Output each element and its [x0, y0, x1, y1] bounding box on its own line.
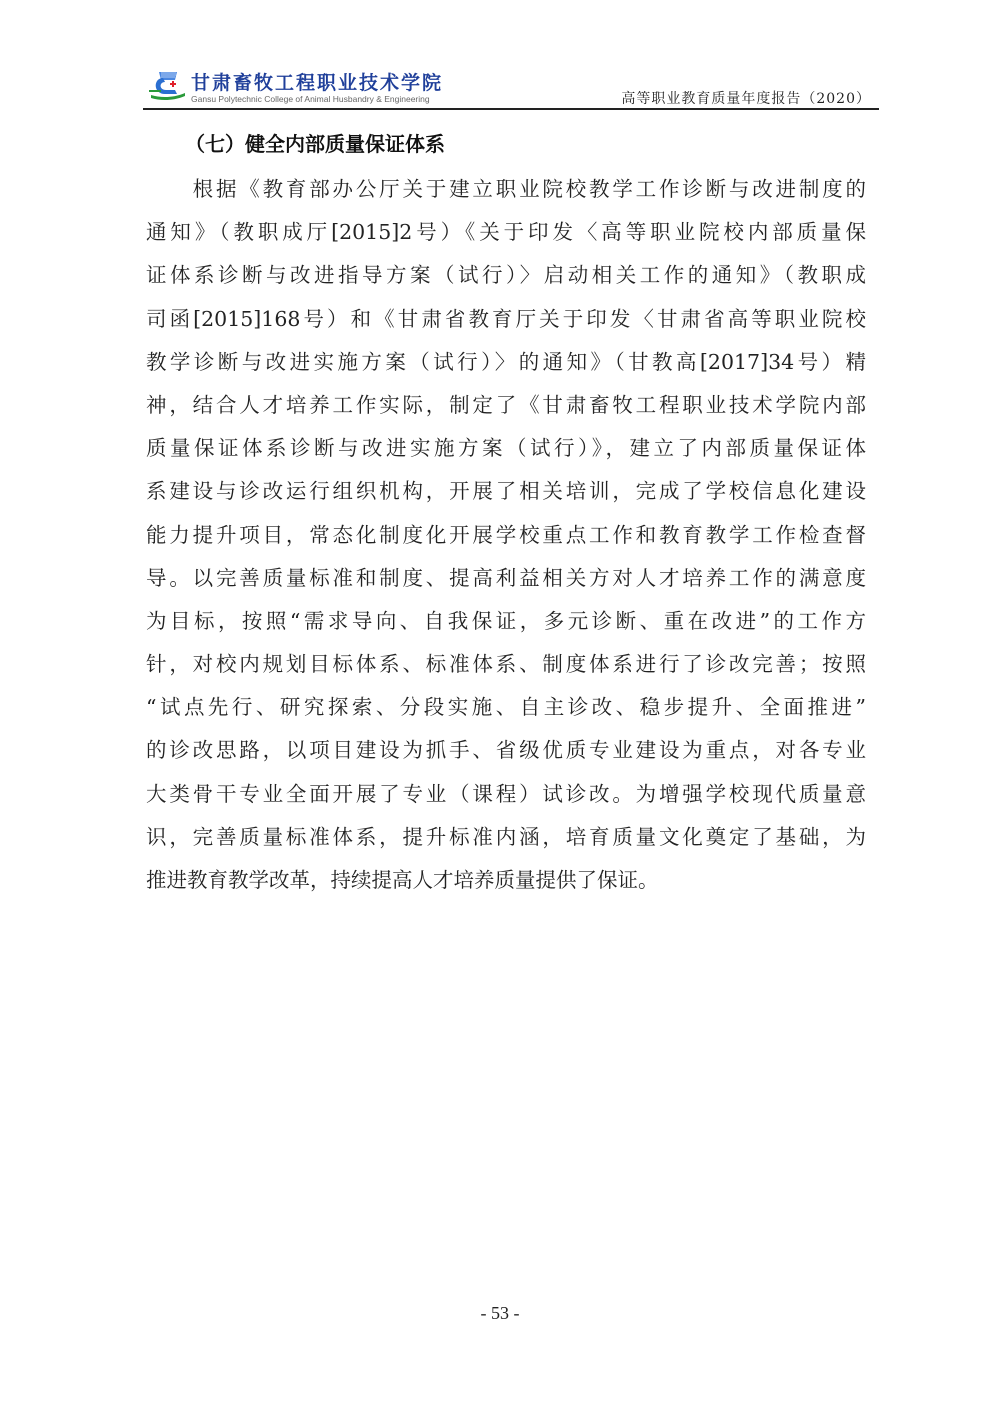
paragraph-line: 证体系诊断与改进指导方案（试行）〉启动相关工作的通知》（教职成 [146, 254, 866, 297]
paragraph-line: “试点先行、研究探索、分段实施、自主诊改、稳步提升、全面推进” [146, 686, 866, 729]
report-title: 高等职业教育质量年度报告（2020） [621, 88, 871, 108]
paragraph-line: 识，完善质量标准体系，提升标准内涵，培育质量文化奠定了基础，为 [146, 816, 866, 859]
paragraph-line: 推进教育教学改革，持续提高人才培养质量提供了保证。 [146, 859, 866, 902]
school-name-cn: 甘肃畜牧工程职业技术学院 [191, 68, 443, 95]
school-name-en: Gansu Polytechnic College of Animal Husb… [191, 94, 430, 104]
page-header: 甘肃畜牧工程职业技术学院 Gansu Polytechnic College o… [143, 66, 879, 110]
paragraph-line: 通知》（教职成厅[2015]2号）《关于印发〈高等职业院校内部质量保 [146, 211, 866, 254]
paragraph-line: 能力提升项目，常态化制度化开展学校重点工作和教育教学工作检查督 [146, 514, 866, 557]
page-number: - 53 - [0, 1303, 1000, 1324]
paragraph-line: 为目标，按照“需求导向、自我保证，多元诊断、重在改进”的工作方 [146, 600, 866, 643]
paragraph-line: 系建设与诊改运行组织机构，开展了相关培训，完成了学校信息化建设 [146, 470, 866, 513]
paragraph-line: 导。以完善质量标准和制度、提高利益相关方对人才培养工作的满意度 [146, 557, 866, 600]
header-rule [143, 108, 879, 110]
paragraph-line: 质量保证体系诊断与改进实施方案（试行）》，建立了内部质量保证体 [146, 427, 866, 470]
paragraph-line: 的诊改思路，以项目建设为抓手、省级优质专业建设为重点，对各专业 [146, 729, 866, 772]
college-logo-icon [147, 68, 187, 102]
section-title: （七）健全内部质量保证体系 [185, 128, 445, 157]
paragraph-line: 大类骨干专业全面开展了专业（课程）试诊改。为增强学校现代质量意 [146, 773, 866, 816]
paragraph-line: 教学诊断与改进实施方案（试行）〉的通知》（甘教高[2017]34号）精 [146, 341, 866, 384]
paragraph-line: 司函[2015]168号）和《甘肃省教育厅关于印发〈甘肃省高等职业院校 [146, 298, 866, 341]
paragraph-line: 神，结合人才培养工作实际，制定了《甘肃畜牧工程职业技术学院内部 [146, 384, 866, 427]
body-paragraph: 根据《教育部办公厅关于建立职业院校教学工作诊断与改进制度的 通知》（教职成厅[2… [146, 168, 866, 902]
paragraph-line: 针，对校内规划目标体系、标准体系、制度体系进行了诊改完善；按照 [146, 643, 866, 686]
paragraph-line: 根据《教育部办公厅关于建立职业院校教学工作诊断与改进制度的 [146, 168, 866, 211]
